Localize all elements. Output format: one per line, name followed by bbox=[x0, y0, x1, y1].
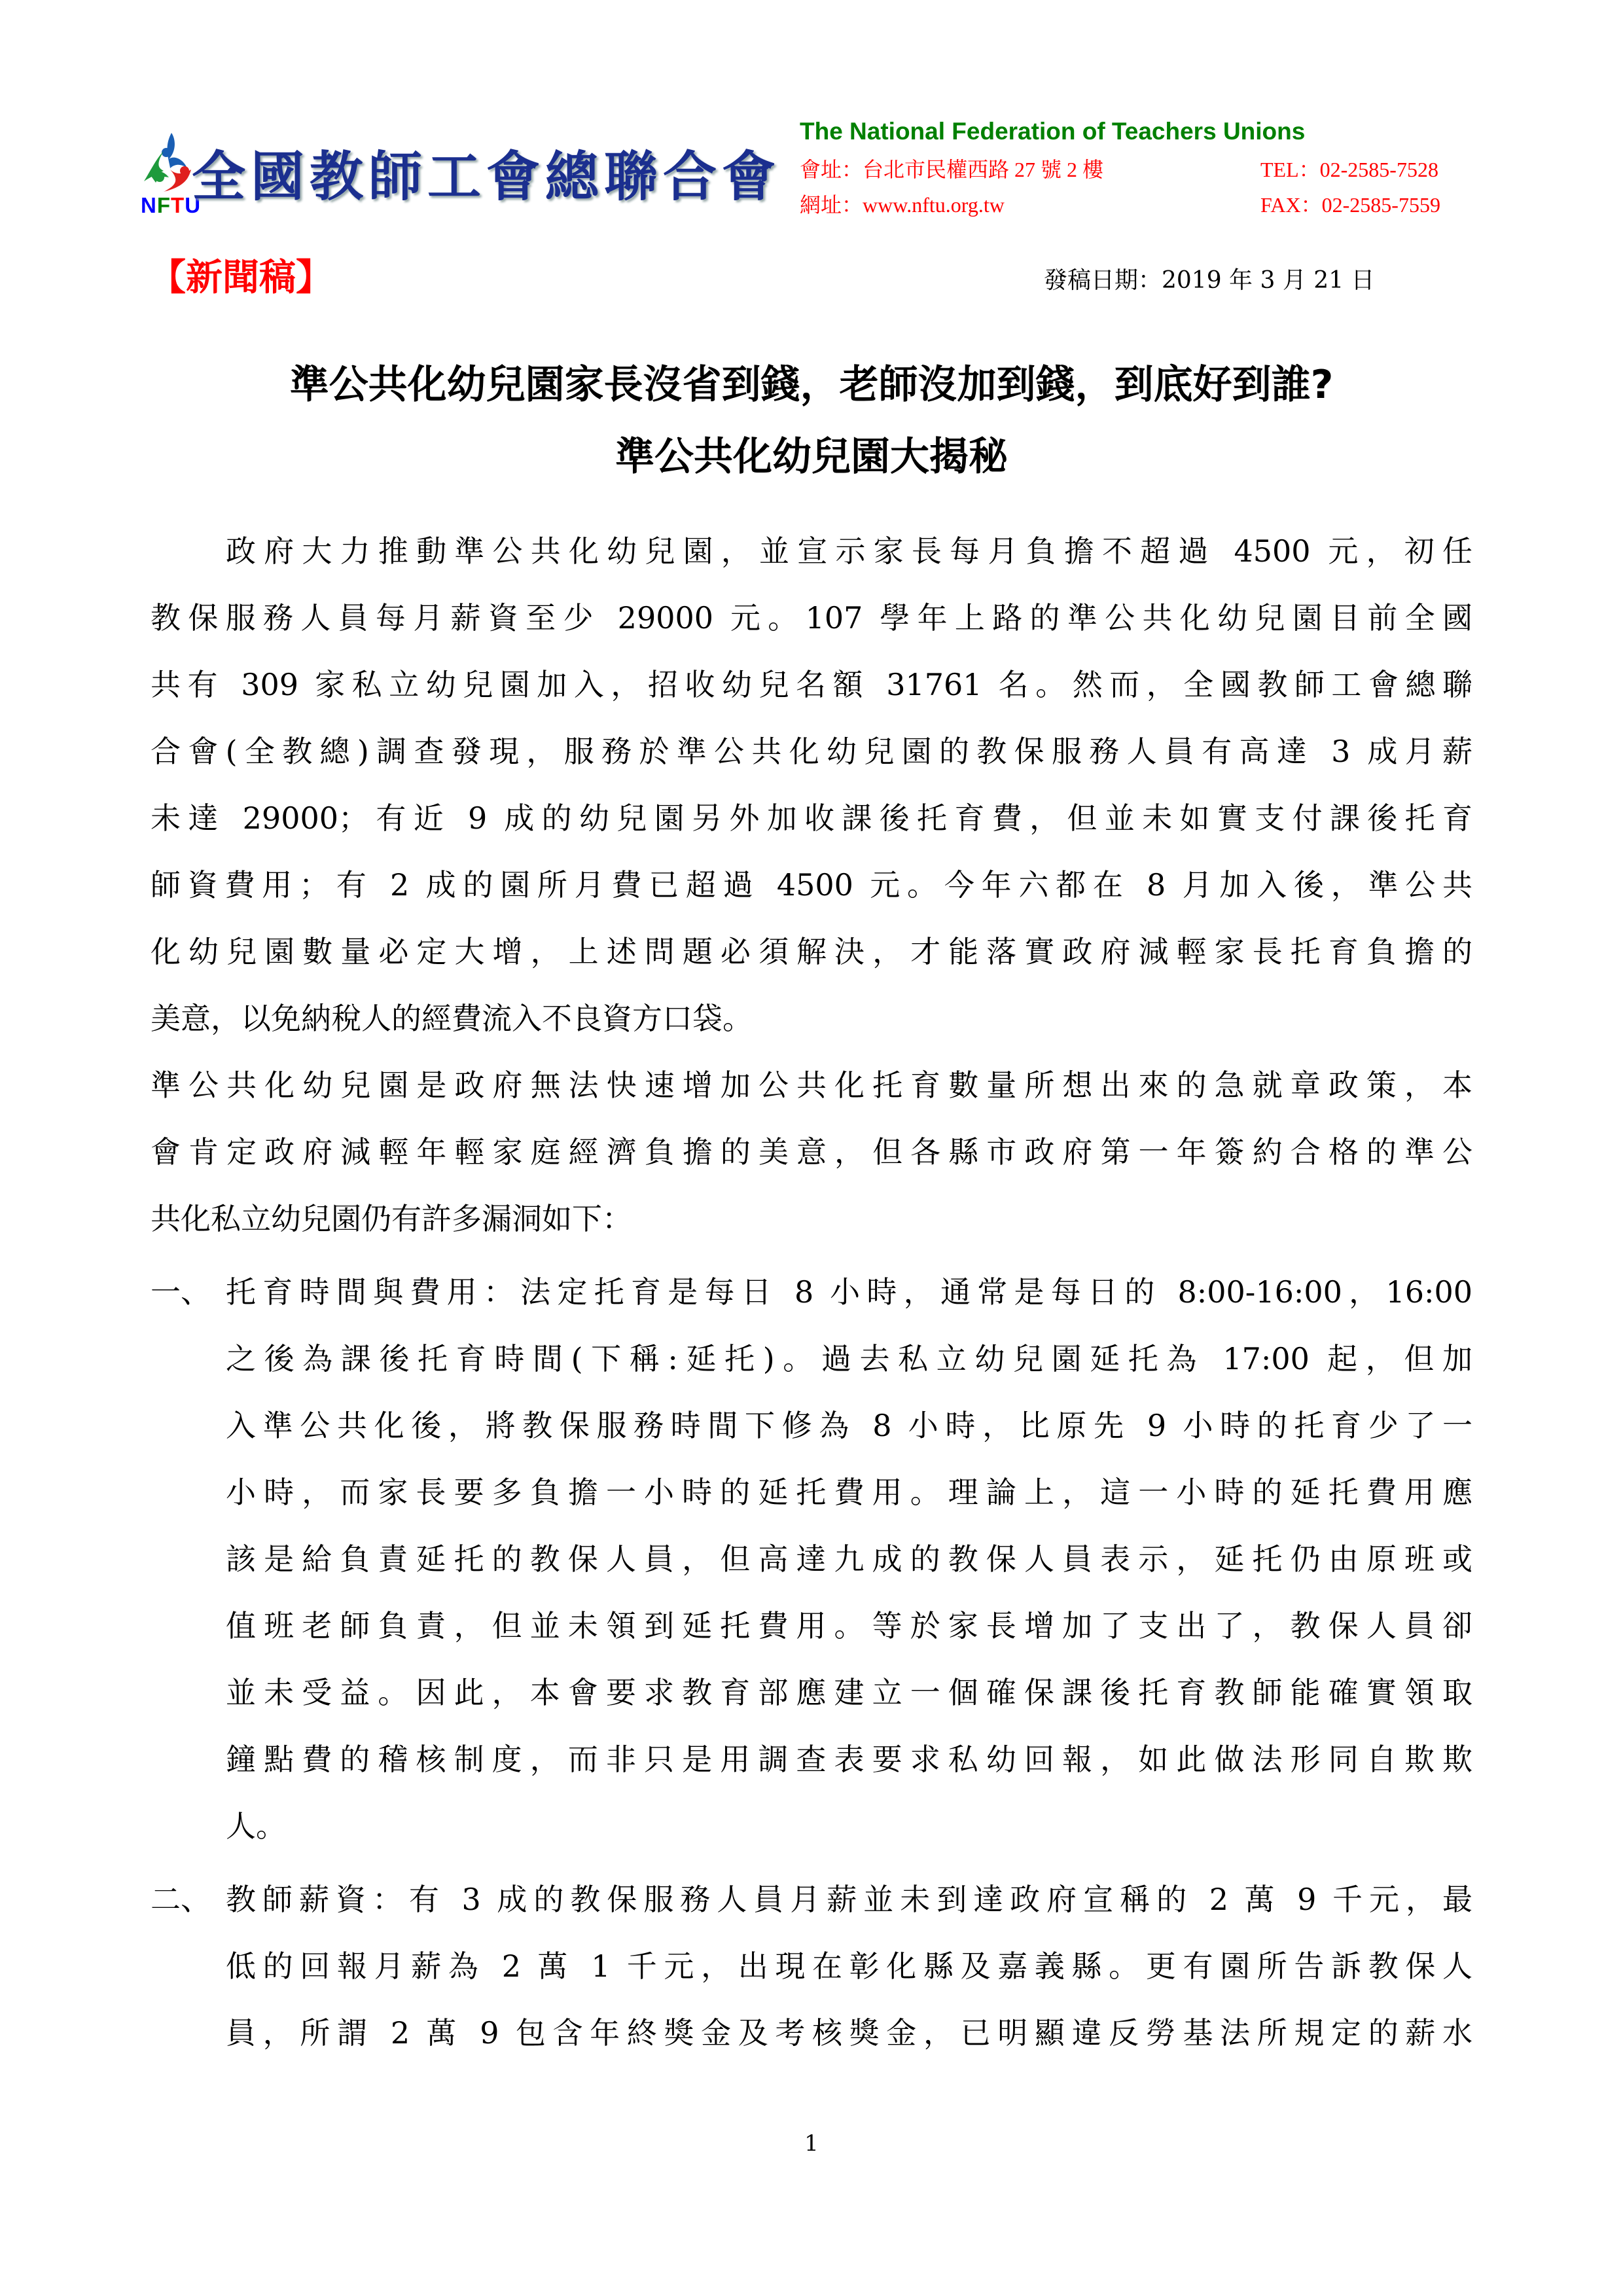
press-release-label: 【新聞稿】 bbox=[149, 249, 332, 301]
text-line: 鐘點費的稽核制度，而非只是用調查表要求私幼回報，如此做法形同自欺欺 bbox=[226, 1740, 1472, 1779]
org-telephone: TEL：02-2585-7528 bbox=[1260, 153, 1438, 183]
text-line: 政府大力推動準公共化幼兒園，並宣示家長每月負擔不超過 4500 元，初任 bbox=[226, 531, 1472, 571]
text-line: 美意，以免納稅人的經費流入不良資方口袋。 bbox=[151, 999, 1472, 1038]
text-line: 之後為課後托育時間(下稱:延托)。過去私立幼兒園延托為 17:00 起，但加 bbox=[226, 1339, 1472, 1378]
text-line: 共有 309 家私立幼兒園加入，招收幼兒名額 31761 名。然而，全國教師工會… bbox=[151, 665, 1472, 704]
text-line: 準公共化幼兒園是政府無法快速增加公共化托育數量所想出來的急就章政策，本 bbox=[151, 1066, 1472, 1105]
text-line: 師資費用；有 2 成的園所月費已超過 4500 元。今年六都在 8 月加入後，準… bbox=[151, 865, 1472, 905]
org-address: 會址：台北市民權西路 27 號 2 樓 bbox=[800, 153, 1103, 183]
org-name-english: The National Federation of Teachers Unio… bbox=[800, 118, 1305, 145]
text-line: 化幼兒園數量必定大增，上述問題必須解決，才能落實政府減輕家長托育負擔的 bbox=[151, 932, 1472, 971]
text-line: 並未受益。因此，本會要求教育部應建立一個確保課後托育教師能確實領取 bbox=[226, 1673, 1472, 1712]
text-line: 該是給負責延托的教保人員，但高達九成的教保人員表示，延托仍由原班或 bbox=[226, 1539, 1472, 1579]
text-line: 員，所謂 2 萬 9 包含年終獎金及考核獎金，已明顯違反勞基法所規定的薪水 bbox=[226, 2013, 1472, 2053]
text-line: 低的回報月薪為 2 萬 1 千元，出現在彰化縣及嘉義縣。更有園所告訴教保人 bbox=[226, 1946, 1472, 1986]
org-name-chinese: 全國教師工會總聯合會 bbox=[192, 134, 781, 211]
text-line: 小時，而家長要多負擔一小時的延托費用。理論上，這一小時的延托費用應 bbox=[226, 1473, 1472, 1512]
org-fax: FAX：02-2585-7559 bbox=[1260, 188, 1440, 219]
page-number: 1 bbox=[0, 2130, 1623, 2157]
text-line: 入準公共化後，將教保服務時間下修為 8 小時，比原先 9 小時的托育少了一 bbox=[226, 1406, 1472, 1445]
text-line: 共化私立幼兒園仍有許多漏洞如下： bbox=[151, 1199, 1472, 1238]
text-line: 值班老師負責，但並未領到延托費用。等於家長增加了支出了，教保人員卻 bbox=[226, 1606, 1472, 1645]
text-line: 合會(全教總)調查發現，服務於準公共化幼兒園的教保服務人員有高達 3 成月薪 bbox=[151, 732, 1472, 771]
text-line: 人。 bbox=[226, 1806, 1472, 1846]
headline: 準公共化幼兒園家長沒省到錢，老師沒加到錢，到底好到誰? bbox=[0, 353, 1623, 410]
text-line: 會肯定政府減輕年輕家庭經濟負擔的美意，但各縣市政府第一年簽約合格的準公 bbox=[151, 1132, 1472, 1172]
list-marker: 一、 bbox=[151, 1272, 211, 1312]
list-marker: 二、 bbox=[151, 1880, 211, 1919]
release-date: 發稿日期：2019 年 3 月 21 日 bbox=[1044, 262, 1375, 295]
text-line: 托育時間與費用：法定托育是每日 8 小時，通常是每日的 8:00-16:00，1… bbox=[226, 1272, 1472, 1312]
text-line: 教師薪資：有 3 成的教保服務人員月薪並未到達政府宣稱的 2 萬 9 千元，最 bbox=[226, 1880, 1472, 1919]
org-website: 網址：www.nftu.org.tw bbox=[800, 188, 1005, 219]
text-line: 教保服務人員每月薪資至少 29000 元。107 學年上路的準公共化幼兒園目前全… bbox=[151, 598, 1472, 637]
text-line: 未達 29000；有近 9 成的幼兒園另外加收課後托育費，但並未如實支付課後托育 bbox=[151, 798, 1472, 838]
subheadline: 準公共化幼兒園大揭秘 bbox=[0, 425, 1623, 482]
